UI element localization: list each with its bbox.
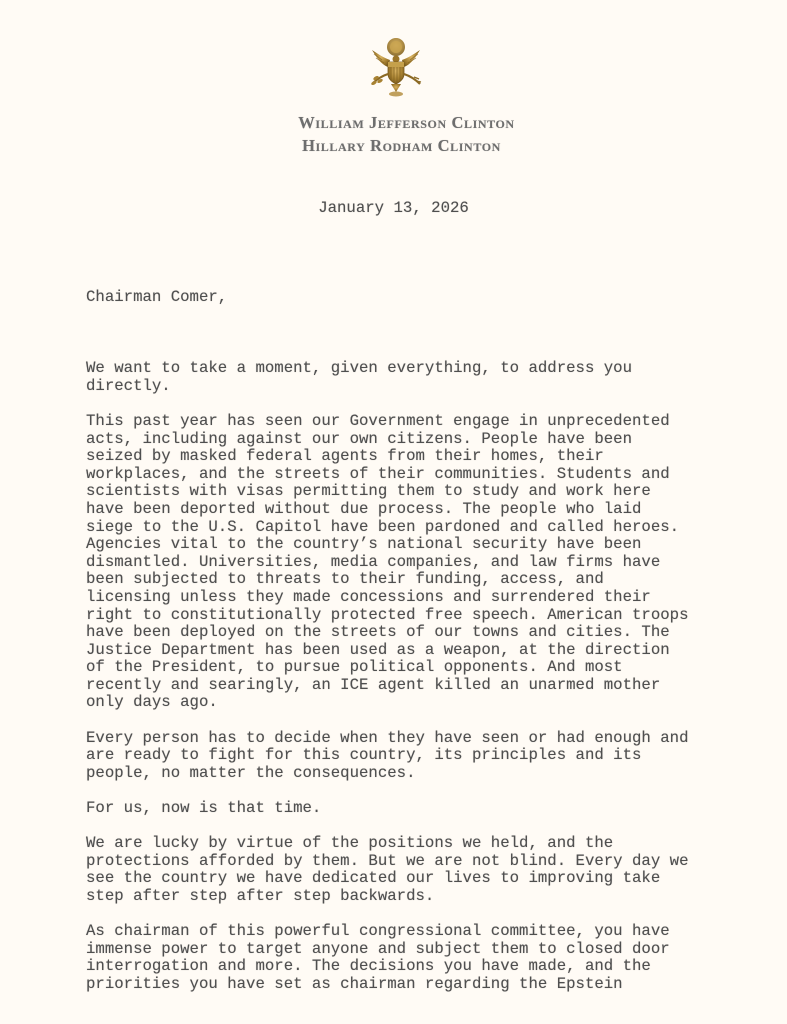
text-line: have been deployed on the streets of our… bbox=[86, 624, 726, 642]
text-line: This past year has seen our Government e… bbox=[86, 413, 726, 431]
letter-page: William Jefferson Clinton Hillary Rodham… bbox=[0, 0, 787, 1024]
letterhead-name-hillary: Hillary Rodham Clinton bbox=[0, 134, 787, 157]
letter-body: Chairman Comer, We want to take a moment… bbox=[86, 253, 726, 1024]
text-line: We want to take a moment, given everythi… bbox=[86, 360, 726, 378]
text-line: directly. bbox=[86, 378, 726, 396]
text-line: dismantled. Universities, media companie… bbox=[86, 554, 726, 572]
paragraph: Every person has to decide when they hav… bbox=[86, 730, 726, 783]
text-line: only days ago. bbox=[86, 694, 726, 712]
text-line: Every person has to decide when they hav… bbox=[86, 730, 726, 748]
paragraphs: We want to take a moment, given everythi… bbox=[86, 360, 726, 993]
text-line: been subjected to threats to their fundi… bbox=[86, 571, 726, 589]
paragraph: As chairman of this powerful congression… bbox=[86, 923, 726, 993]
text-line: interrogation and more. The decisions yo… bbox=[86, 958, 726, 976]
text-line: of the President, to pursue political op… bbox=[86, 659, 726, 677]
text-line: As chairman of this powerful congression… bbox=[86, 923, 726, 941]
paragraph: We want to take a moment, given everythi… bbox=[86, 360, 726, 395]
text-line: have been deported without due process. … bbox=[86, 501, 726, 519]
text-line: Justice Department has been used as a we… bbox=[86, 642, 726, 660]
text-line: recently and searingly, an ICE agent kil… bbox=[86, 677, 726, 695]
text-line: seized by masked federal agents from the… bbox=[86, 448, 726, 466]
text-line: scientists with visas permitting them to… bbox=[86, 483, 726, 501]
paragraph: This past year has seen our Government e… bbox=[86, 413, 726, 712]
text-line: are ready to fight for this country, its… bbox=[86, 747, 726, 765]
great-seal-eagle-icon bbox=[362, 34, 430, 102]
salutation: Chairman Comer, bbox=[86, 289, 726, 307]
paragraph: For us, now is that time. bbox=[86, 800, 726, 818]
letterhead: William Jefferson Clinton Hillary Rodham… bbox=[0, 111, 787, 157]
text-line: see the country we have dedicated our li… bbox=[86, 870, 726, 888]
text-line: acts, including against our own citizens… bbox=[86, 431, 726, 449]
text-line: priorities you have set as chairman rega… bbox=[86, 976, 726, 994]
text-line: licensing unless they made concessions a… bbox=[86, 589, 726, 607]
text-line: siege to the U.S. Capitol have been pard… bbox=[86, 519, 726, 537]
text-line: For us, now is that time. bbox=[86, 800, 726, 818]
text-line: immense power to target anyone and subje… bbox=[86, 941, 726, 959]
letterhead-name-william: William Jefferson Clinton bbox=[0, 111, 787, 134]
text-line: workplaces, and the streets of their com… bbox=[86, 466, 726, 484]
text-line: right to constitutionally protected free… bbox=[86, 607, 726, 625]
text-line: Agencies vital to the country’s national… bbox=[86, 536, 726, 554]
text-line: protections afforded by them. But we are… bbox=[86, 853, 726, 871]
text-line: people, no matter the consequences. bbox=[86, 765, 726, 783]
letter-date: January 13, 2026 bbox=[0, 198, 787, 218]
text-line: step after step after step backwards. bbox=[86, 888, 726, 906]
text-line: We are lucky by virtue of the positions … bbox=[86, 835, 726, 853]
paragraph: We are lucky by virtue of the positions … bbox=[86, 835, 726, 905]
